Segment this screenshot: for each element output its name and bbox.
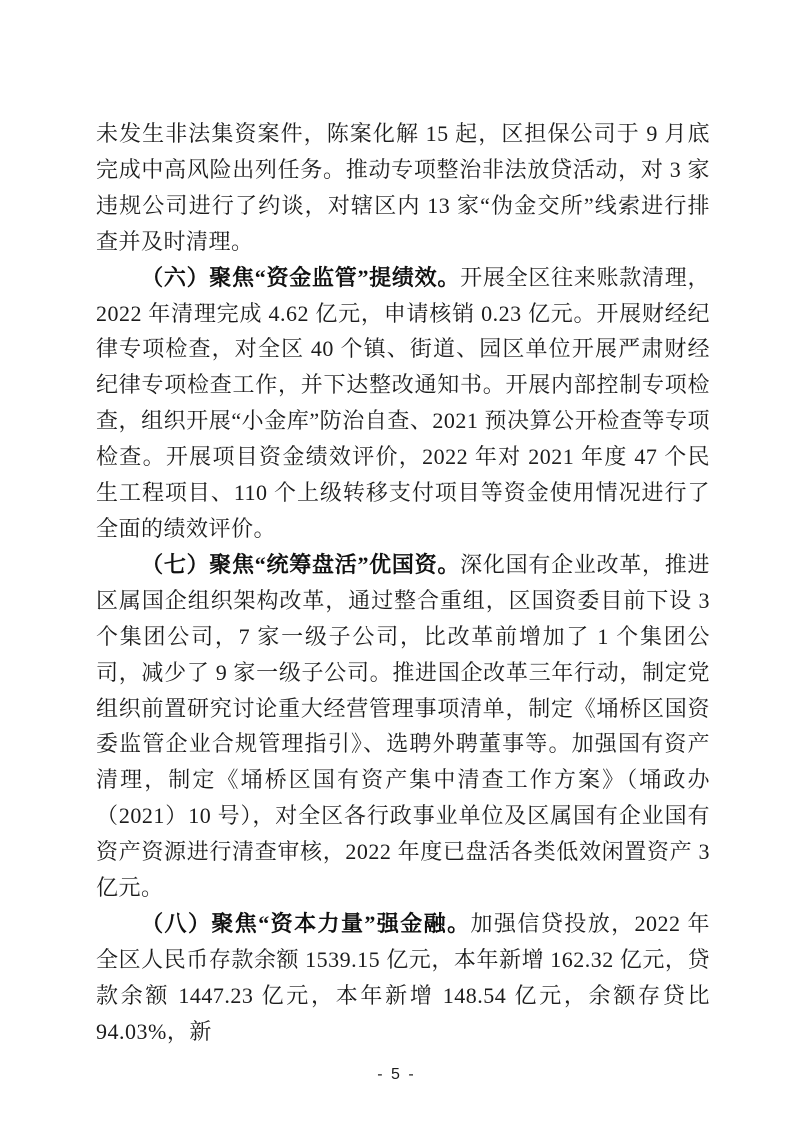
paragraph-body-text: 深化国有企业改革，推进区属国企组织架构改革，通过整合重组，区国资委目前下设 3 …: [96, 552, 710, 900]
section-8-heading: （八）聚焦“资本力量”强金融。: [141, 911, 470, 936]
paragraph-body-text: 未发生非法集资案件，陈案化解 15 起，区担保公司于 9 月底完成中高风险出列任…: [96, 121, 710, 254]
document-body: 未发生非法集资案件，陈案化解 15 起，区担保公司于 9 月底完成中高风险出列任…: [96, 116, 710, 1050]
document-page: 未发生非法集资案件，陈案化解 15 起，区担保公司于 9 月底完成中高风险出列任…: [0, 0, 793, 1122]
paragraph-section-7: （七）聚焦“统筹盘活”优国资。深化国有企业改革，推进区属国企组织架构改革，通过整…: [96, 547, 710, 906]
paragraph-section-6: （六）聚焦“资金监管”提绩效。开展全区往来账款清理，2022 年清理完成 4.6…: [96, 260, 710, 547]
paragraph-section-8: （八）聚焦“资本力量”强金融。加强信贷投放，2022 年全区人民币存款余额 15…: [96, 906, 710, 1050]
page-number: - 5 -: [377, 1066, 415, 1083]
section-6-heading: （六）聚焦“资金监管”提绩效。: [141, 265, 460, 290]
page-footer: - 5 -: [0, 1066, 793, 1084]
paragraph-continuation: 未发生非法集资案件，陈案化解 15 起，区担保公司于 9 月底完成中高风险出列任…: [96, 116, 710, 260]
section-7-heading: （七）聚焦“统筹盘活”优国资。: [141, 552, 460, 577]
paragraph-body-text: 开展全区往来账款清理，2022 年清理完成 4.62 亿元，申请核销 0.23 …: [96, 265, 710, 541]
